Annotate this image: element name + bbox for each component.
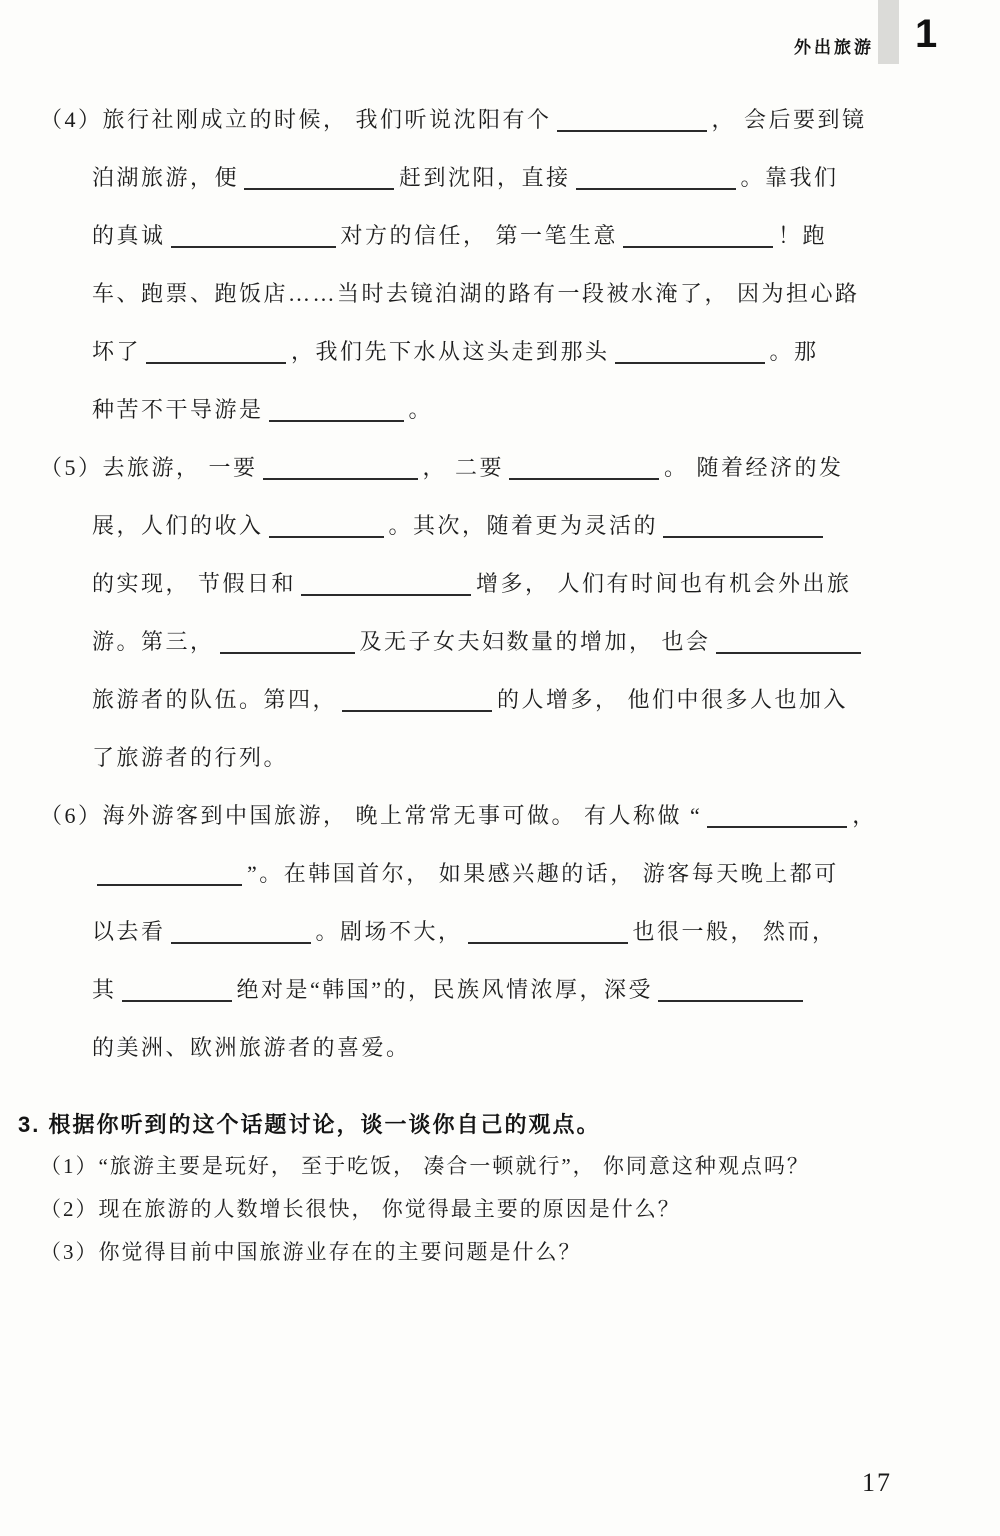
unit-number: 1 (915, 12, 937, 57)
text-segment: 的人增多， 他们中很多人也加入 (497, 687, 848, 712)
exercise-line: 其绝对是“韩国”的，民族风情浓厚，深受 (40, 961, 912, 1019)
text-segment: 对方的信任， 第一笔生意 (341, 223, 619, 248)
text-segment: 展，人们的收入 (92, 513, 264, 538)
text-segment: 泊湖旅游，便 (92, 165, 239, 190)
text-segment: （4）旅行社刚成立的时候， 我们听说沈阳有个 (40, 107, 552, 132)
fill-in-blank-underline (663, 534, 823, 538)
text-segment: ！跑 (778, 223, 827, 248)
exercise-line: 了旅游者的行列。 (40, 729, 912, 787)
fill-in-blank-underline (122, 998, 232, 1002)
exercise-line: 的真诚对方的信任， 第一笔生意！跑 (40, 207, 912, 265)
exercise-line: 以去看。剧场不大，也很一般， 然而， (40, 903, 912, 961)
text-segment: 。靠我们 (741, 165, 839, 190)
fill-in-blank-underline (716, 650, 861, 654)
text-segment: 。 (409, 397, 434, 422)
exercise-line: （4）旅行社刚成立的时候， 我们听说沈阳有个， 会后要到镜 (40, 91, 912, 149)
fill-in-blank-underline (615, 360, 765, 364)
discussion-question: （3）你觉得目前中国旅游业存在的主要问题是什么？ (40, 1231, 912, 1274)
exercise-line: 展，人们的收入。其次，随着更为灵活的 (40, 497, 912, 555)
text-segment: 坏了 (92, 339, 141, 364)
text-segment: 游。第三， (92, 629, 215, 654)
fill-in-blank-underline (269, 534, 384, 538)
text-segment: 种苦不干导游是 (92, 397, 264, 422)
text-segment: 。 随着经济的发 (664, 455, 844, 480)
exercise-fill-in-blank-lines: （4）旅行社刚成立的时候， 我们听说沈阳有个， 会后要到镜泊湖旅游，便赶到沈阳，… (40, 91, 912, 1077)
text-segment: 以去看 (92, 919, 166, 944)
fill-in-blank-underline (171, 940, 311, 944)
text-segment: 的美洲、欧洲旅游者的喜爱。 (92, 1035, 411, 1060)
text-segment: 旅游者的队伍。第四， (92, 687, 337, 712)
text-segment: 及无子女夫妇数量的增加， 也会 (360, 629, 711, 654)
fill-in-blank-underline (468, 940, 628, 944)
text-segment: 绝对是“韩国”的，民族风情浓厚，深受 (237, 977, 654, 1002)
text-segment: 的真诚 (92, 223, 166, 248)
exercise-line: 的实现， 节假日和增多， 人们有时间也有机会外出旅 (40, 555, 912, 613)
text-segment: 的实现， 节假日和 (92, 571, 296, 596)
fill-in-blank-underline (576, 186, 736, 190)
text-segment: 其 (92, 977, 117, 1002)
text-segment: 。那 (770, 339, 819, 364)
text-segment: ， 二要 (423, 455, 505, 480)
discussion-heading: 3. 根据你听到的这个话题讨论，谈一谈你自己的观点。 (18, 1105, 912, 1145)
fill-in-blank-underline (557, 128, 707, 132)
exercise-content: （4）旅行社刚成立的时候， 我们听说沈阳有个， 会后要到镜泊湖旅游，便赶到沈阳，… (40, 91, 912, 1274)
exercise-line: 车、跑票、跑饭店……当时去镜泊湖的路有一段被水淹了， 因为担心路 (40, 265, 912, 323)
unit-title: 外出旅游 (794, 33, 874, 58)
text-segment: （5）去旅游， 一要 (40, 455, 258, 480)
scanned-textbook-page: 外出旅游 1 （4）旅行社刚成立的时候， 我们听说沈阳有个， 会后要到镜泊湖旅游… (0, 0, 1000, 1536)
discussion-question: （2）现在旅游的人数增长很快， 你觉得最主要的原因是什么？ (40, 1188, 912, 1231)
text-segment: 也很一般， 然而， (633, 919, 837, 944)
text-segment: ， (852, 803, 877, 828)
fill-in-blank-underline (269, 418, 404, 422)
exercise-line: 旅游者的队伍。第四，的人增多， 他们中很多人也加入 (40, 671, 912, 729)
fill-in-blank-underline (707, 824, 847, 828)
text-segment: （6）海外游客到中国旅游， 晚上常常无事可做。 有人称做 “ (40, 803, 702, 828)
fill-in-blank-underline (146, 360, 286, 364)
text-segment: 了旅游者的行列。 (92, 745, 288, 770)
exercise-line: ”。在韩国首尔， 如果感兴趣的话， 游客每天晚上都可 (40, 845, 912, 903)
text-segment: ， 会后要到镜 (712, 107, 867, 132)
exercise-line: 泊湖旅游，便赶到沈阳，直接。靠我们 (40, 149, 912, 207)
exercise-line: 游。第三，及无子女夫妇数量的增加， 也会 (40, 613, 912, 671)
exercise-line: 坏了，我们先下水从这头走到那头。那 (40, 323, 912, 381)
exercise-line: （5）去旅游， 一要， 二要。 随着经济的发 (40, 439, 912, 497)
fill-in-blank-underline (342, 708, 492, 712)
text-segment: 增多， 人们有时间也有机会外出旅 (476, 571, 852, 596)
text-segment: 。剧场不大， (316, 919, 463, 944)
fill-in-blank-underline (623, 244, 773, 248)
fill-in-blank-underline (244, 186, 394, 190)
discussion-question: （1）“旅游主要是玩好， 至于吃饭， 凑合一顿就行”， 你同意这种观点吗？ (40, 1145, 912, 1188)
text-segment: 。其次，随着更为灵活的 (389, 513, 659, 538)
discussion-questions: （1）“旅游主要是玩好， 至于吃饭， 凑合一顿就行”， 你同意这种观点吗？（2）… (40, 1145, 912, 1274)
text-segment: ，我们先下水从这头走到那头 (291, 339, 610, 364)
fill-in-blank-underline (301, 592, 471, 596)
exercise-line: 种苦不干导游是。 (40, 381, 912, 439)
fill-in-blank-underline (658, 998, 803, 1002)
fill-in-blank-underline (509, 476, 659, 480)
text-segment: 赶到沈阳，直接 (399, 165, 571, 190)
text-segment: 车、跑票、跑饭店……当时去镜泊湖的路有一段被水淹了， 因为担心路 (92, 281, 860, 306)
fill-in-blank-underline (171, 244, 336, 248)
text-segment: ”。在韩国首尔， 如果感兴趣的话， 游客每天晚上都可 (247, 861, 839, 886)
header-divider-bar (878, 0, 899, 64)
fill-in-blank-underline (263, 476, 418, 480)
page-number: 17 (862, 1468, 892, 1498)
exercise-line: （6）海外游客到中国旅游， 晚上常常无事可做。 有人称做 “， (40, 787, 912, 845)
fill-in-blank-underline (220, 650, 355, 654)
exercise-line: 的美洲、欧洲旅游者的喜爱。 (40, 1019, 912, 1077)
fill-in-blank-underline (97, 882, 242, 886)
